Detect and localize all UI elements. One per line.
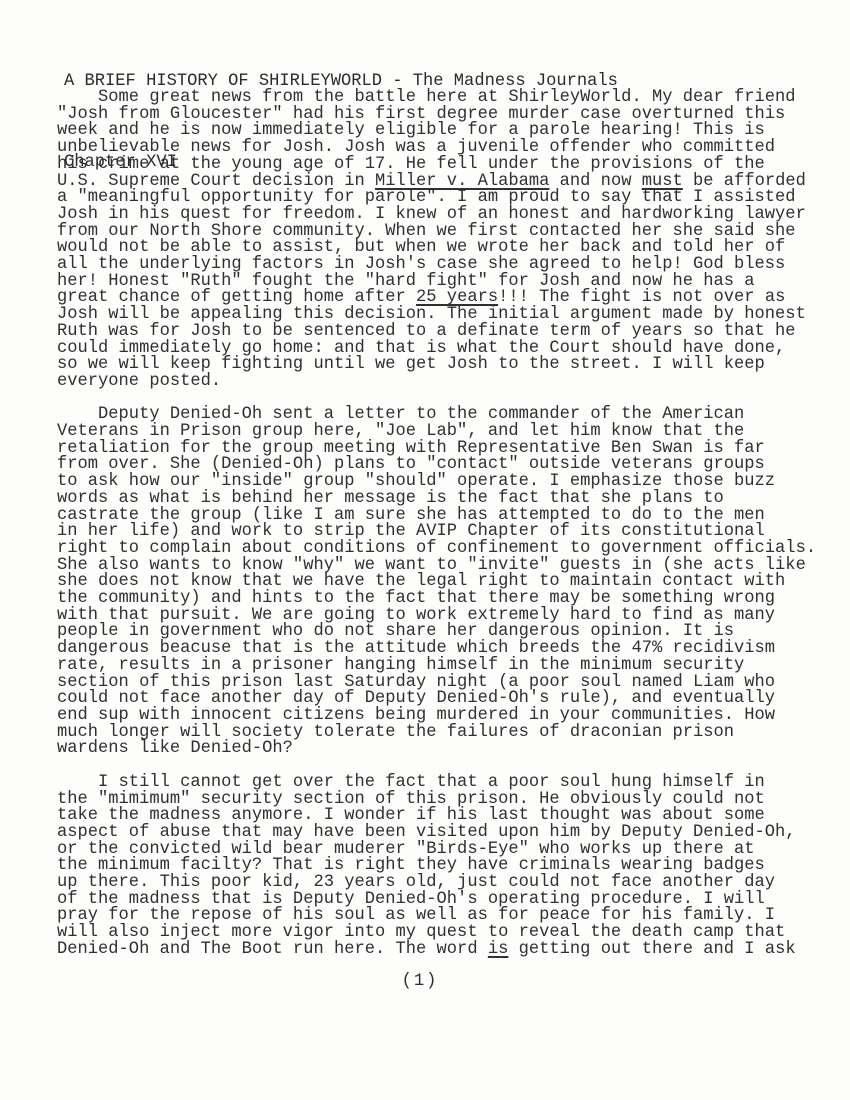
paragraph: I still cannot get over the fact that a …	[57, 775, 816, 959]
text-line: wardens like Denied-Oh?	[57, 741, 816, 758]
text-line: I still cannot get over the fact that a …	[57, 775, 816, 792]
text-line: everyone posted.	[57, 374, 816, 391]
page-number: (1)	[0, 972, 840, 991]
document-body: Some great news from the battle here at …	[57, 90, 816, 959]
text-line: Denied-Oh and The Boot run here. The wor…	[57, 942, 816, 959]
paragraph: Deputy Denied-Oh sent a letter to the co…	[57, 407, 816, 758]
document-page: A BRIEF HISTORY OF SHIRLEYWORLD - The Ma…	[0, 0, 850, 1100]
paragraph: Some great news from the battle here at …	[57, 90, 816, 391]
